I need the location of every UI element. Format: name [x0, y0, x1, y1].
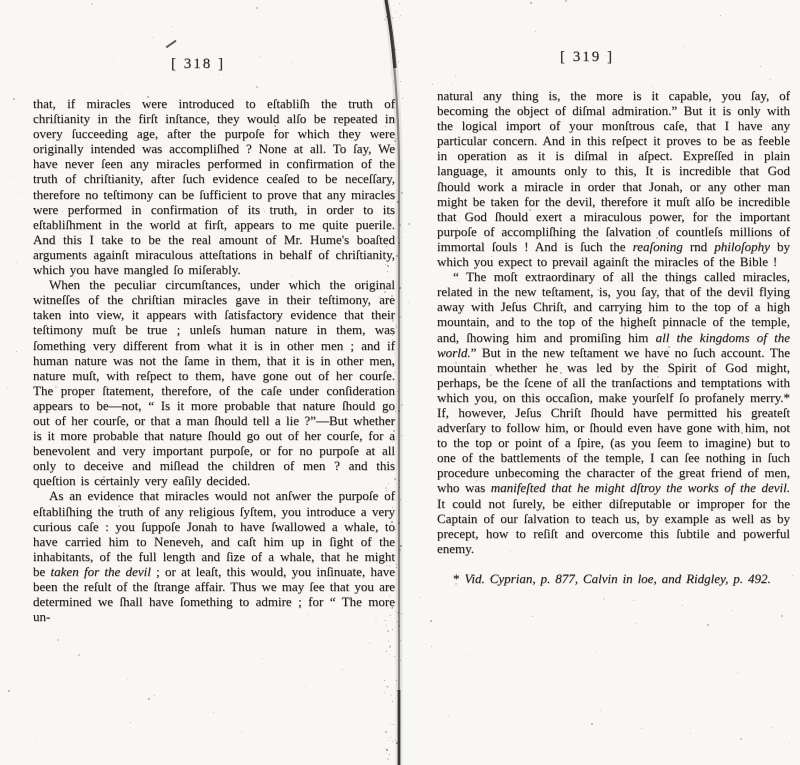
speck — [469, 655, 470, 656]
speck — [61, 675, 62, 676]
speck — [127, 679, 128, 680]
ink-mark — [166, 40, 177, 48]
speck — [152, 37, 153, 38]
speck — [431, 646, 432, 647]
speck — [130, 722, 131, 723]
speck — [591, 723, 593, 725]
speck — [91, 3, 93, 5]
speck — [213, 712, 214, 713]
text-run: * — [453, 571, 464, 586]
speck — [408, 302, 409, 303]
speck — [395, 223, 396, 224]
speck — [430, 620, 432, 622]
speck — [418, 535, 419, 536]
speck — [396, 742, 398, 744]
speck — [172, 26, 173, 27]
speck — [10, 177, 11, 178]
speck — [396, 327, 397, 328]
speck — [256, 86, 258, 88]
speck — [121, 94, 122, 95]
speck — [398, 522, 400, 524]
speck — [390, 26, 392, 28]
text-run: When the peculiar circumſtances, under w… — [33, 277, 395, 488]
speck — [558, 718, 559, 719]
speck — [398, 61, 399, 62]
speck — [397, 201, 399, 203]
speck — [795, 243, 796, 244]
speck — [401, 435, 402, 436]
speck — [603, 598, 605, 600]
speck — [792, 575, 793, 576]
speck — [4, 246, 5, 247]
paragraph: As an evidence that miracles would not a… — [33, 488, 395, 624]
speck — [16, 262, 17, 263]
speck — [392, 629, 393, 630]
speck — [260, 56, 261, 57]
speck — [386, 686, 387, 687]
speck — [385, 61, 386, 62]
speck — [402, 726, 403, 727]
speck — [789, 743, 790, 744]
speck — [399, 510, 400, 511]
speck — [386, 16, 388, 18]
speck — [397, 190, 398, 191]
speck — [399, 224, 401, 226]
speck — [396, 564, 397, 565]
speck — [739, 636, 740, 637]
speck — [535, 31, 536, 32]
right-page-number: [ 319 ] — [527, 49, 647, 66]
speck — [398, 242, 400, 244]
speck — [399, 316, 401, 318]
speck — [636, 623, 637, 624]
speck — [384, 692, 385, 693]
speck — [369, 642, 371, 644]
speck — [241, 731, 242, 732]
speck — [390, 645, 391, 646]
speck — [448, 715, 449, 716]
speck — [384, 680, 385, 681]
left-page-text: that, if miracles were introduced to eſt… — [33, 96, 395, 624]
speck — [399, 549, 401, 551]
speck — [772, 727, 773, 728]
speck — [256, 7, 258, 9]
text-run: taken for the devil — [51, 564, 151, 579]
speck — [385, 731, 387, 733]
speck — [432, 462, 433, 463]
speck — [362, 727, 363, 728]
speck — [399, 247, 400, 248]
paragraph: When the peculiar circumſtances, under w… — [33, 277, 395, 488]
speck — [398, 410, 400, 412]
speck — [401, 192, 403, 194]
speck — [451, 83, 452, 84]
speck — [760, 66, 761, 67]
speck — [262, 658, 263, 659]
speck — [392, 701, 393, 702]
speck — [682, 605, 683, 606]
speck — [498, 3, 499, 4]
speck — [148, 698, 150, 700]
speck — [388, 641, 389, 642]
text-run: manifeſted that he might dſtroy the work… — [491, 480, 790, 495]
left-page-number: [ 318 ] — [138, 56, 258, 73]
speck — [8, 690, 10, 692]
text-run: rnd — [683, 239, 715, 254]
speck — [401, 613, 402, 614]
speck — [399, 487, 400, 488]
speck — [399, 287, 401, 289]
speck — [386, 753, 387, 754]
speck — [398, 380, 400, 382]
speck — [408, 223, 410, 225]
speck — [637, 84, 638, 85]
speck — [398, 705, 399, 706]
speck — [394, 656, 395, 657]
speck — [668, 46, 669, 47]
speck — [432, 84, 433, 85]
speck — [397, 612, 399, 614]
speck — [684, 46, 685, 47]
speck — [392, 741, 393, 742]
speck — [390, 72, 391, 73]
speck — [78, 654, 80, 656]
speck — [732, 610, 733, 611]
speck — [561, 596, 562, 597]
speck — [388, 740, 389, 741]
speck — [397, 237, 398, 238]
speck — [35, 738, 36, 739]
speck — [600, 710, 601, 711]
speck — [398, 626, 399, 627]
speck — [400, 15, 401, 16]
speck — [482, 612, 483, 613]
speck — [707, 624, 709, 626]
speck — [395, 529, 396, 530]
speck — [402, 404, 403, 405]
speck — [154, 695, 155, 696]
speck — [398, 700, 399, 701]
speck — [397, 621, 398, 622]
text-run: natural any thing is, the more is it cap… — [437, 88, 790, 254]
speck — [397, 690, 398, 691]
speck — [291, 62, 292, 63]
right-page-text: natural any thing is, the more is it cap… — [437, 88, 790, 586]
speck — [395, 193, 396, 194]
speck — [257, 685, 258, 686]
speck — [396, 680, 397, 681]
speck — [400, 499, 401, 500]
speck — [770, 79, 771, 80]
speck — [386, 651, 387, 652]
speck — [401, 405, 402, 406]
speck — [433, 607, 434, 608]
speck — [443, 675, 444, 676]
speck — [390, 737, 391, 738]
speck — [342, 669, 343, 670]
speck — [641, 728, 642, 729]
speck — [781, 615, 783, 617]
speck — [392, 17, 394, 19]
speck — [393, 81, 394, 82]
speck — [395, 611, 396, 612]
speck — [2, 26, 3, 27]
speck — [65, 56, 66, 57]
speck — [400, 640, 401, 641]
speck — [420, 597, 421, 598]
paragraph: natural any thing is, the more is it cap… — [437, 88, 790, 269]
speck — [13, 98, 15, 100]
speck — [390, 694, 392, 696]
speck — [400, 545, 402, 547]
speck — [386, 625, 387, 626]
speck — [398, 539, 399, 540]
speck — [399, 3, 400, 4]
speck — [720, 15, 721, 16]
speck — [396, 255, 398, 257]
speck — [596, 651, 597, 652]
speck — [397, 43, 398, 44]
speck — [389, 646, 391, 648]
speck — [396, 11, 397, 12]
speck — [530, 2, 532, 4]
speck — [18, 193, 19, 194]
speck — [387, 630, 389, 632]
speck — [565, 0, 567, 2]
speck — [387, 686, 389, 688]
speck — [399, 480, 400, 481]
speck — [389, 654, 390, 655]
paragraph: that, if miracles were introduced to eſt… — [33, 96, 395, 277]
speck — [633, 600, 634, 601]
speck — [395, 740, 396, 741]
speck — [402, 98, 403, 99]
speck — [37, 80, 38, 81]
speck — [393, 724, 394, 725]
speck — [737, 672, 738, 673]
speck — [396, 567, 397, 568]
text-run: ” But in the new teſtament we have no ſu… — [437, 345, 790, 496]
speck — [305, 686, 306, 687]
speck — [7, 387, 8, 388]
speck — [424, 377, 425, 378]
speck — [740, 738, 742, 740]
speck — [399, 17, 400, 18]
speck — [395, 49, 396, 50]
text-run: that, if miracles were introduced to eſt… — [33, 96, 395, 277]
speck — [57, 639, 59, 641]
speck — [399, 191, 400, 192]
speck — [400, 621, 401, 622]
speck — [400, 660, 401, 661]
right-page-paragraphs: natural any thing is, the more is it cap… — [437, 88, 790, 556]
speck — [798, 749, 799, 750]
paragraph: “ The moſt extraordinary of all the thin… — [437, 269, 790, 556]
footnote: * Vid. Cyprian, p. 877, Calvin in loe, a… — [437, 571, 790, 586]
speck — [390, 724, 391, 725]
speck — [455, 76, 456, 77]
speck — [395, 325, 397, 327]
speck — [386, 749, 388, 751]
speck — [8, 236, 9, 237]
speck — [384, 19, 385, 20]
speck — [385, 748, 386, 749]
speck — [387, 758, 389, 760]
speck — [400, 81, 401, 82]
speck — [218, 74, 219, 75]
speck — [16, 351, 17, 352]
speck — [690, 733, 691, 734]
text-run: philoſophy — [714, 239, 770, 254]
speck — [113, 58, 114, 59]
text-run: Vid. Cyprian, p. 877, Calvin in loe, and… — [464, 571, 770, 586]
speck — [402, 237, 403, 238]
speck — [301, 52, 302, 53]
text-run: reaſoning — [633, 239, 683, 254]
speck — [177, 13, 178, 14]
speck — [397, 282, 398, 283]
text-run: It could not ſurely, be either diſreputa… — [437, 496, 790, 556]
speck — [397, 391, 398, 392]
speck — [389, 754, 390, 755]
speck — [399, 625, 400, 626]
speck — [532, 616, 533, 617]
